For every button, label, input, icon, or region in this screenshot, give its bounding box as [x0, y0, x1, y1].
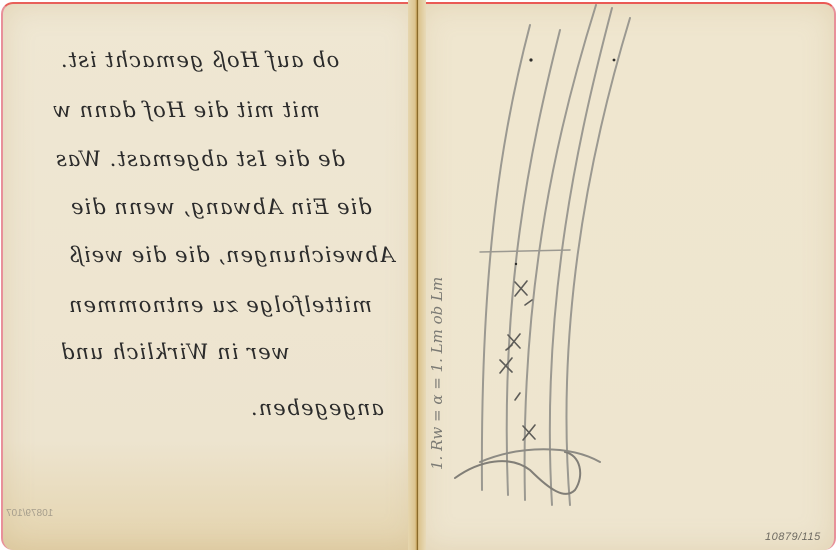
- rotated-pencil-annotation: 1. Rw = α = 1. Lm ob Lm: [428, 277, 446, 470]
- pencil-sketch: [420, 0, 837, 550]
- handwriting-line-3: de die Ist abgemast. Was: [55, 147, 345, 171]
- handwriting-line-6: mittelfolge zu entnommen: [68, 293, 372, 317]
- gutter-fold-line: [417, 0, 418, 550]
- archive-stamp-mirrored: 10879/107: [6, 508, 53, 519]
- handwriting-line-4: die Ein Abwang, wenn die: [70, 195, 372, 219]
- handwriting-line-2: mit mit die Hof dann w: [52, 98, 320, 122]
- archive-stamp: 10879/115: [765, 531, 821, 543]
- handwriting-line-8: angegeben.: [250, 396, 384, 420]
- handwriting-line-7: wer in Wirklich und: [60, 340, 290, 364]
- handwriting-line-1: ob auf Hoß gemacht ist.: [60, 48, 339, 72]
- handwriting-line-5: Abweichungen, die die weiß: [68, 243, 394, 267]
- manuscript-spread: ob auf Hoß gemacht ist. mit mit die Hof …: [0, 0, 837, 550]
- left-page: [1, 2, 417, 550]
